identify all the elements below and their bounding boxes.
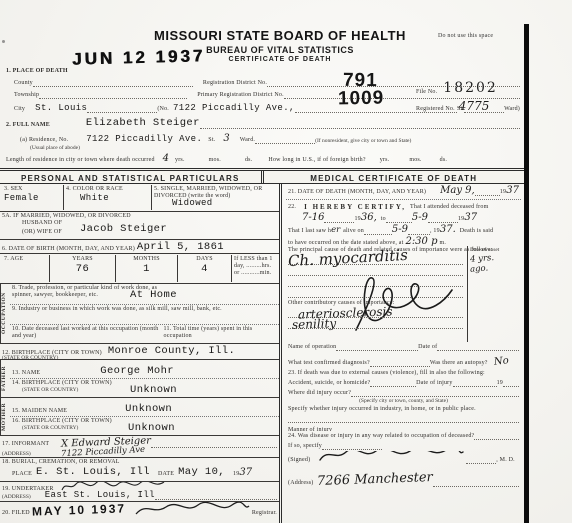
form-columns: 3. SEX Female 4. COLOR OR RACE White 5. …: [0, 184, 524, 523]
accident-label: Accident, suicide, or homicide?: [288, 380, 370, 387]
sex-value: Female: [4, 193, 61, 203]
occ9-label: 9. Industry or business in which work wa…: [12, 306, 277, 313]
operation-label: Name of operation: [288, 344, 336, 351]
registered-no-label: Registered No.: [416, 106, 455, 113]
principal-cause-block: The principal cause of death and related…: [286, 246, 521, 342]
street-value: 7122 Piccadilly Ave.,: [173, 103, 295, 113]
father-name-label: 13. NAME: [12, 370, 40, 377]
do-not-use-note: Do not use this space: [438, 33, 493, 40]
informant-label: 17. INFORMANT: [2, 441, 49, 448]
length-mos: mos.: [209, 157, 221, 164]
mother-birthplace-field: 16. BIRTHPLACE (CITY OR TOWN) (STATE OR …: [10, 417, 279, 435]
physician-address-block: (Address) 7266 Manchester: [286, 471, 521, 488]
city-label: City: [14, 106, 25, 113]
residence-blank: [255, 136, 315, 144]
last-saw-label: That I last saw h: [288, 228, 331, 235]
length-label: Length of residence in city or town wher…: [6, 157, 155, 164]
burial-date-value: May 10,: [178, 466, 225, 478]
ifso-label: If so, specify: [288, 443, 322, 450]
last-saw-hand: er: [331, 225, 340, 235]
full-name-label: 2. FULL NAME: [6, 122, 50, 129]
age-less-note-3: or ...........min.: [234, 270, 275, 277]
undertaker-sub: (ADDRESS): [2, 494, 31, 500]
foreign-mos: mos.: [409, 157, 421, 164]
last-saw-blank: [364, 227, 392, 235]
related-label: 24. Was disease or injury in any way rel…: [288, 433, 474, 440]
autopsy-value: No: [493, 355, 509, 367]
city-blank: [87, 105, 157, 113]
residence-label: (a) Residence, No.: [20, 137, 68, 144]
burial-place-label: PLACE: [12, 471, 32, 478]
cause-line-3: [288, 276, 463, 287]
sex-field: 3. SEX Female: [2, 185, 64, 210]
abode-note: (Usual place of abode): [30, 145, 80, 151]
registrar-label: Registrar.: [252, 510, 277, 517]
address-blank: [433, 479, 519, 487]
related-blank: [474, 432, 519, 440]
age-days-label: DAYS: [180, 256, 229, 263]
informant-block: 17. INFORMANT X Edward Steiger (ADDRESS)…: [0, 436, 279, 458]
age-field: 7. AGE: [2, 255, 50, 282]
sex-race-marital-block: 3. SEX Female 4. COLOR OR RACE White 5. …: [0, 184, 279, 212]
cause-lines: Ch. myocarditis: [288, 254, 463, 298]
received-date-stamp: JUN 12 1937: [72, 46, 206, 69]
registered-no-value: 4775: [459, 99, 490, 113]
foreign-ds: ds.: [440, 157, 447, 164]
where-note: (Specify city or town, county, and State…: [359, 398, 448, 404]
residence-value: 7122 Piccadilly Ave.: [86, 134, 202, 144]
contributory-value-2: senility: [292, 316, 337, 332]
age-less-note: If LESS than 1 day, .........hrs. or ...…: [232, 255, 277, 282]
filed-date-stamp: MAY 10 1937: [32, 502, 126, 519]
filed-block: 20. FILED MAY 10 1937 Registrar.: [0, 502, 279, 523]
specify-label: Specify whether injury occurred in indus…: [288, 406, 476, 413]
dod-label: 21. DATE OF DEATH (MONTH, DAY, AND YEAR): [288, 189, 426, 196]
township-label: Township: [14, 92, 39, 99]
burial-label: 18. BURIAL, CREMATION, OR REMOVAL: [2, 459, 277, 466]
birthdate-label: 6. DATE OF BIRTH (MONTH, DAY, AND YEAR): [2, 246, 135, 253]
full-name-row: 2. FULL NAME Elizabeth Steiger: [6, 117, 520, 129]
dod-year-value: 37: [506, 185, 519, 196]
to-blank1: [386, 215, 412, 223]
attended-from-value: 7-16: [302, 212, 324, 223]
age-days-value: 4: [180, 263, 229, 275]
physician-signature: [316, 451, 466, 464]
township-blank: [39, 91, 187, 99]
marital-field: 5. SINGLE, MARRIED, WIDOWED, OR DIVORCED…: [152, 185, 277, 210]
father-name-value: George Mohr: [100, 365, 174, 377]
operation-date-blank: [437, 343, 519, 351]
age-years-field: YEARS 76: [50, 255, 116, 282]
registrar-signature: [132, 502, 252, 517]
birthplace-block: 12. BIRTHPLACE (CITY OR TOWN) Monroe Cou…: [0, 344, 279, 360]
spouse-block: 5A. IF MARRIED, WIDOWED, OR DIVORCED HUS…: [0, 212, 279, 240]
race-value: White: [80, 193, 149, 203]
birthdate-block: 6. DATE OF BIRTH (MONTH, DAY, AND YEAR) …: [0, 240, 279, 254]
mother-name-value: Unknown: [125, 403, 172, 415]
occ9-field: 9. Industry or business in which work wa…: [10, 305, 279, 326]
father-bp-value: Unknown: [130, 384, 177, 396]
birthplace-value: Monroe County, Ill.: [108, 345, 235, 357]
signed-label: (Signed): [288, 457, 310, 464]
sex-label: 3. SEX: [4, 186, 61, 193]
full-name-blank: [200, 121, 520, 129]
registered-no-group: Registered No. 4775: [416, 99, 520, 113]
certify-no: 22.: [288, 204, 296, 211]
dod-block: 21. DATE OF DEATH (MONTH, DAY, AND YEAR)…: [286, 184, 521, 200]
dod-blank: [475, 188, 500, 196]
residence-row: (a) Residence, No. 7122 Piccadilly Ave. …: [6, 133, 520, 144]
burial-place-value: E. St. Louis, Ill: [36, 466, 150, 478]
signed-block: (Signed) , M. D.: [286, 451, 521, 471]
county-label: County: [14, 80, 33, 87]
birthdate-value: April 5, 1861: [137, 241, 224, 253]
age-days-field: DAYS 4: [178, 255, 232, 282]
last-saw-blank2: [408, 227, 430, 235]
accident-blank: [370, 379, 416, 387]
undertaker-block: 19. UNDERTAKER (ADDRESS) East St. Louis,…: [0, 482, 279, 502]
operation-date-label: Date of: [418, 344, 437, 351]
external-label: 23. If death was due to external causes …: [288, 370, 519, 377]
external-causes-block: 23. If death was due to external causes …: [286, 369, 521, 431]
date-of-onset-box: Date of onset 4 yrs. ago.: [467, 246, 521, 342]
autopsy-label: Was there an autopsy?: [430, 360, 488, 367]
injury-date-label: Date of injury: [416, 380, 452, 387]
last-year-prefix: , 19: [430, 228, 440, 235]
age-years-label: YEARS: [52, 256, 113, 263]
burial-block: 18. BURIAL, CREMATION, OR REMOVAL PLACE …: [0, 458, 279, 482]
certify-bold: I HEREBY CERTIFY,: [304, 203, 406, 211]
spouse-value: Jacob Steiger: [80, 223, 167, 235]
contrib-line-2: senility: [288, 318, 463, 329]
city-value: St. Louis: [35, 103, 87, 113]
father-side-label: FATHER: [0, 360, 10, 397]
signed-blank: [466, 456, 496, 464]
burial-date-label: DATE: [158, 471, 174, 478]
abode-row: (Usual place of abode): [6, 145, 520, 151]
operation-block: Name of operation Date of: [286, 342, 521, 355]
occ10-label: 10. Date deceased last worked at this oc…: [12, 326, 160, 340]
undertaker-blank: [155, 492, 277, 500]
physician-address-value: 7266 Manchester: [317, 471, 433, 488]
injury-year-blank: [503, 379, 519, 387]
residence-st-label: St.: [208, 137, 215, 144]
street-no-label: (No.: [157, 106, 169, 113]
file-no-value: 18202: [443, 80, 498, 96]
occupation-relation-block: 24. Was disease or injury in any way rel…: [286, 431, 521, 451]
operation-blank: [336, 343, 418, 351]
place-of-death-label: 1. PLACE OF DEATH: [6, 68, 520, 75]
cause-line-4: [288, 287, 463, 298]
file-no-label: File No.: [416, 89, 437, 96]
file-no-group: File No. 18202: [416, 80, 520, 96]
where-label: Where did injury occur?: [288, 390, 351, 397]
race-label: 4. COLOR OR RACE: [66, 186, 149, 193]
autopsy-block: What test confirmed diagnosis? Was there…: [286, 355, 521, 369]
age-months-label: MONTHS: [118, 256, 175, 263]
foreign-label: How long in U.S., if of foreign birth?: [268, 157, 365, 164]
cause-line-1: Ch. myocarditis: [288, 254, 463, 265]
mother-name-field: 15. MAIDEN NAME Unknown: [10, 398, 279, 417]
scan-edge-bar: [524, 24, 529, 523]
occ11-label: 11. Total time (years) spent in this occ…: [164, 326, 277, 340]
scan-speck: [2, 40, 5, 43]
occ10-11-row: 10. Date deceased last worked at this oc…: [10, 325, 279, 343]
primary-district-label: Primary Registration District No.: [197, 92, 284, 99]
informant-sub: (ADDRESS): [2, 451, 31, 457]
medical-column: 21. DATE OF DEATH (MONTH, DAY, AND YEAR)…: [282, 184, 524, 523]
age-months-value: 1: [118, 263, 175, 275]
certify-block: 22. I HEREBY CERTIFY, That I attended de…: [286, 200, 521, 246]
test-blank: [370, 359, 430, 367]
alive-label: alive on: [343, 228, 364, 235]
cause-line-2: [288, 265, 463, 276]
residence-ward-label: Ward.: [240, 137, 255, 144]
spouse-sub1: HUSBAND OF: [22, 220, 62, 227]
age-block: 7. AGE YEARS 76 MONTHS 1 DAYS 4: [0, 254, 279, 284]
address-label: (Address): [288, 480, 313, 487]
spouse-sub2: (OR) WIFE OF: [22, 229, 62, 236]
last-saw-date: 5-9: [392, 224, 408, 235]
informant-blank: [151, 440, 277, 448]
medical-section-title: MEDICAL CERTIFICATE OF DEATH: [264, 171, 525, 183]
place-of-death-section: 1. PLACE OF DEATH County Registration Di…: [6, 68, 520, 164]
specify-blank: [288, 415, 519, 423]
burial-year-value: 37: [239, 467, 252, 478]
to-blank2: [428, 215, 458, 223]
mother-name-label: 15. MAIDEN NAME: [12, 408, 67, 415]
certify-rest: That I attended deceased from: [410, 204, 488, 211]
age-less-note-1: If LESS than 1: [234, 256, 275, 263]
filed-label: 20. FILED: [2, 510, 30, 517]
full-name-value: Elizabeth Steiger: [86, 117, 200, 129]
primary-district-stamp: 1009: [338, 88, 385, 111]
personal-column: 3. SEX Female 4. COLOR OR RACE White 5. …: [0, 184, 282, 523]
spouse-label: 5A. IF MARRIED, WIDOWED, OR DIVORCED: [2, 213, 277, 220]
county-blank: [33, 79, 193, 87]
time-value: 2:30 p: [405, 236, 437, 246]
father-block: FATHER 13. NAME George Mohr 14. BIRTHPLA…: [0, 360, 279, 398]
last-year-value: 37.: [440, 224, 456, 235]
occupation-side-label: OCCUPATION: [0, 284, 10, 343]
length-yrs: yrs.: [175, 157, 185, 164]
length-residence-row: Length of residence in city or town wher…: [6, 153, 520, 164]
length-ds: ds.: [245, 157, 252, 164]
occ8-value: At Home: [130, 289, 177, 301]
mother-side-label: MOTHER: [0, 398, 10, 435]
test-label: What test confirmed diagnosis?: [288, 360, 370, 367]
reg-district-label: Registration District No.: [203, 80, 267, 87]
md-label: , M. D.: [496, 457, 515, 464]
death-said-label: Death is said: [460, 228, 494, 235]
nonresident-note: (If nonresident, give city or town and S…: [315, 138, 411, 144]
foreign-yrs: yrs.: [380, 157, 390, 164]
mother-bp-value: Unknown: [128, 422, 175, 434]
to-year-value: 37: [464, 212, 477, 223]
age-label: 7. AGE: [4, 256, 47, 263]
dod-value: May 9,: [440, 185, 475, 196]
attended-to-value: 5-9: [412, 212, 428, 223]
undertaker-address-value: East St. Louis, Ill: [45, 490, 155, 500]
age-years-value: 76: [52, 263, 113, 275]
occupation-block: OCCUPATION 8. Trade, profession, or part…: [0, 284, 279, 344]
residence-ward-value: 3: [223, 133, 229, 144]
where-blank: [351, 389, 519, 397]
death-certificate-scan: MISSOURI STATE BOARD OF HEALTH BUREAU OF…: [0, 0, 572, 523]
length-value: 4: [163, 153, 169, 164]
ifso-blank: [322, 442, 382, 450]
from-blank: [324, 215, 354, 223]
occ11-field: 11. Total time (years) spent in this occ…: [162, 325, 279, 343]
occ10-field: 10. Date deceased last worked at this oc…: [10, 325, 162, 343]
occ8-field: 8. Trade, profession, or particular kind…: [10, 284, 279, 305]
race-field: 4. COLOR OR RACE White: [64, 185, 152, 210]
form-title: MISSOURI STATE BOARD OF HEALTH: [130, 28, 430, 43]
mother-block: MOTHER 15. MAIDEN NAME Unknown 16. BIRTH…: [0, 398, 279, 436]
injury-date-blank: [453, 379, 497, 387]
age-months-field: MONTHS 1: [116, 255, 178, 282]
section-titles: PERSONAL AND STATISTICAL PARTICULARS MED…: [0, 168, 524, 184]
personal-section-title: PERSONAL AND STATISTICAL PARTICULARS: [0, 171, 264, 183]
from-year-value: 36,: [361, 212, 377, 223]
onset-value-line2: ago.: [470, 261, 520, 274]
father-name-field: 13. NAME George Mohr: [10, 360, 279, 379]
age-less-note-2: day, .........hrs.: [234, 263, 275, 270]
father-birthplace-field: 14. BIRTHPLACE (CITY OR TOWN) (STATE OR …: [10, 379, 279, 397]
